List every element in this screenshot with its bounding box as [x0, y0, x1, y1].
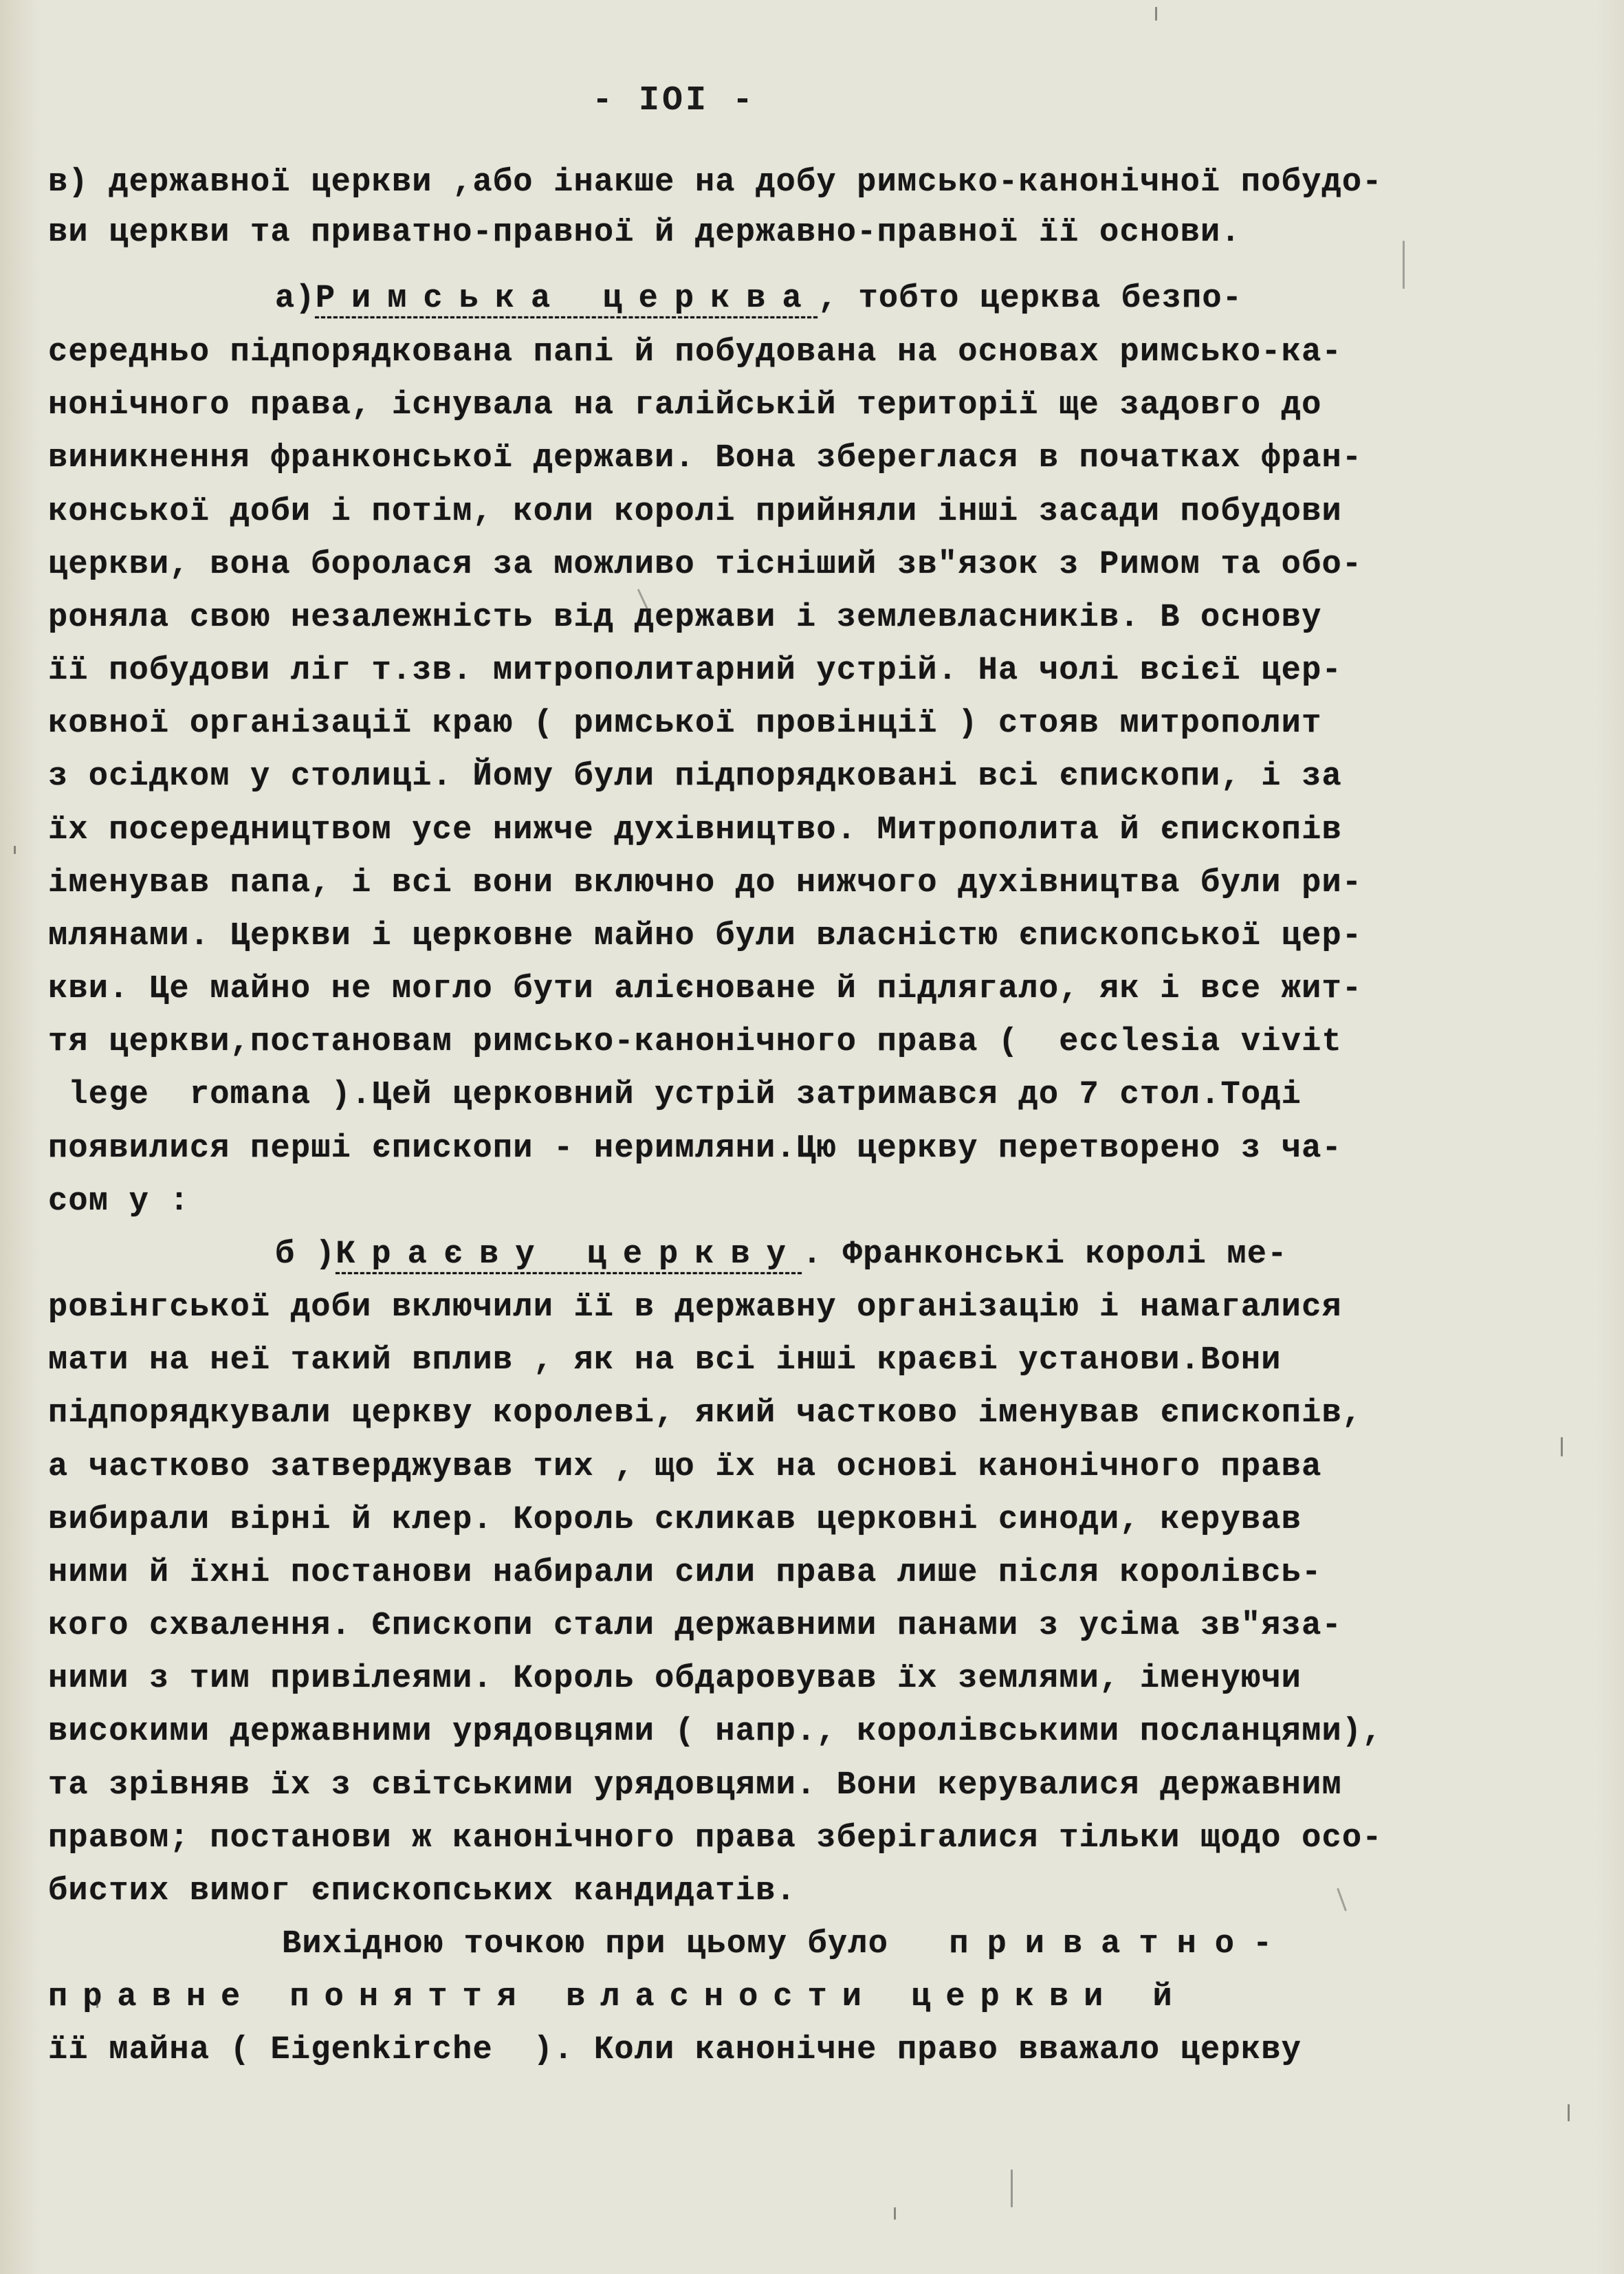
section-a-rest: , тобто церква безпо-	[818, 281, 1243, 317]
text-line: тя церкви,постановам римсько-канонічного…	[48, 1023, 1342, 1062]
section-a-marker: а)	[275, 281, 316, 317]
text-line: роняла свою незалежність від держави і з…	[48, 599, 1322, 637]
text-line: lege romana ).Цей церковний устрій затри…	[48, 1076, 1302, 1115]
text-line: появилися перші єпископи - неримляни.Цю …	[48, 1130, 1342, 1168]
paper-speck	[894, 2207, 896, 2220]
text-line: нонічного права, існувала на галійській …	[48, 386, 1322, 425]
text-line: високими державними урядовцями ( напр., …	[48, 1713, 1383, 1751]
paper-speck	[14, 846, 16, 854]
paper-speck	[1561, 1437, 1563, 1456]
text-line: правом; постанови ж канонічного права зб…	[48, 1819, 1383, 1858]
text-line: мати на неї такий вплив , як на всі інші…	[48, 1342, 1282, 1380]
text-line: конської доби і потім, коли королі прийн…	[48, 493, 1342, 532]
paper-speck	[1568, 2104, 1570, 2121]
text-line: та зрівняв їх з світськими урядовцями. В…	[48, 1767, 1342, 1805]
text-line: їх посередництвом усе нижче духівництво.…	[48, 811, 1342, 850]
final-paragraph-line-1: Вихідною точкою при цьому було приватно-	[282, 1925, 1291, 1964]
text-line: церкви, вона боролася за можливо тісніши…	[48, 546, 1362, 584]
final-paragraph-line-3: її майна ( Eigenkirche ). Коли канонічне…	[48, 2031, 1302, 2070]
text-line: ними з тим привілеями. Король обдаровува…	[48, 1660, 1302, 1698]
paper-scratch	[1011, 2169, 1013, 2207]
text-line: її побудови ліг т.зв. митрополитарний ус…	[48, 652, 1342, 690]
text-line: в) державної церкви ,або інакше на добу …	[48, 164, 1383, 202]
page-number: - IOI -	[0, 81, 1348, 120]
text-line: млянами. Церкви і церковне майно були вл…	[48, 917, 1362, 956]
final-paragraph-line-2: правне поняття власности церкви й	[48, 1978, 1187, 2017]
section-b-rest: . Франконські королі ме-	[802, 1236, 1288, 1273]
text-line: а частково затверджував тих , що їх на о…	[48, 1448, 1322, 1487]
text-line: виникнення франконської держави. Вона зб…	[48, 439, 1362, 478]
text-line: кви. Це майно не могло бути алієноване й…	[48, 970, 1362, 1009]
text-line: ковної організації краю ( римської прові…	[48, 705, 1322, 743]
text-line: бистих вимог єпископських кандидатів.	[48, 1872, 796, 1911]
typewritten-page: - IOI - в) державної церкви ,або інакше …	[0, 0, 1624, 2274]
section-b-heading-line: б )Краєву церкву. Франконські королі ме-	[275, 1236, 1288, 1274]
paper-scratch	[1337, 1888, 1347, 1912]
text-line: підпорядкували церкву королеві, який час…	[48, 1395, 1362, 1433]
final-paragraph-lead: Вихідною точкою при цьому було	[282, 1926, 888, 1963]
paper-speck	[96, 1994, 98, 2008]
section-a-heading: Римська церква	[316, 281, 818, 317]
section-b-heading: Краєву церкву	[336, 1236, 802, 1273]
final-paragraph-spaced-term: приватно-	[949, 1926, 1291, 1963]
text-line: ровінгської доби включили її в державну …	[48, 1289, 1342, 1327]
text-line: сом у :	[48, 1183, 190, 1221]
section-b-marker: б )	[275, 1236, 336, 1273]
text-line: кого схвалення. Єпископи стали державним…	[48, 1607, 1342, 1646]
text-line: ними й їхні постанови набирали сили прав…	[48, 1554, 1322, 1593]
paper-speck	[1155, 7, 1157, 21]
text-line: середньо підпорядкована папі й побудован…	[48, 334, 1342, 372]
text-line: ви церкви та приватно-правної й державно…	[48, 214, 1241, 252]
section-a-heading-line: а)Римська церква, тобто церква безпо-	[275, 280, 1242, 318]
text-line: іменував папа, і всі вони включно до ниж…	[48, 864, 1362, 903]
paper-scratch	[1403, 241, 1405, 289]
text-line: вибирали вірні й клер. Король скликав це…	[48, 1501, 1302, 1540]
text-line: з осідком у столиці. Йому були підпорядк…	[48, 758, 1342, 796]
